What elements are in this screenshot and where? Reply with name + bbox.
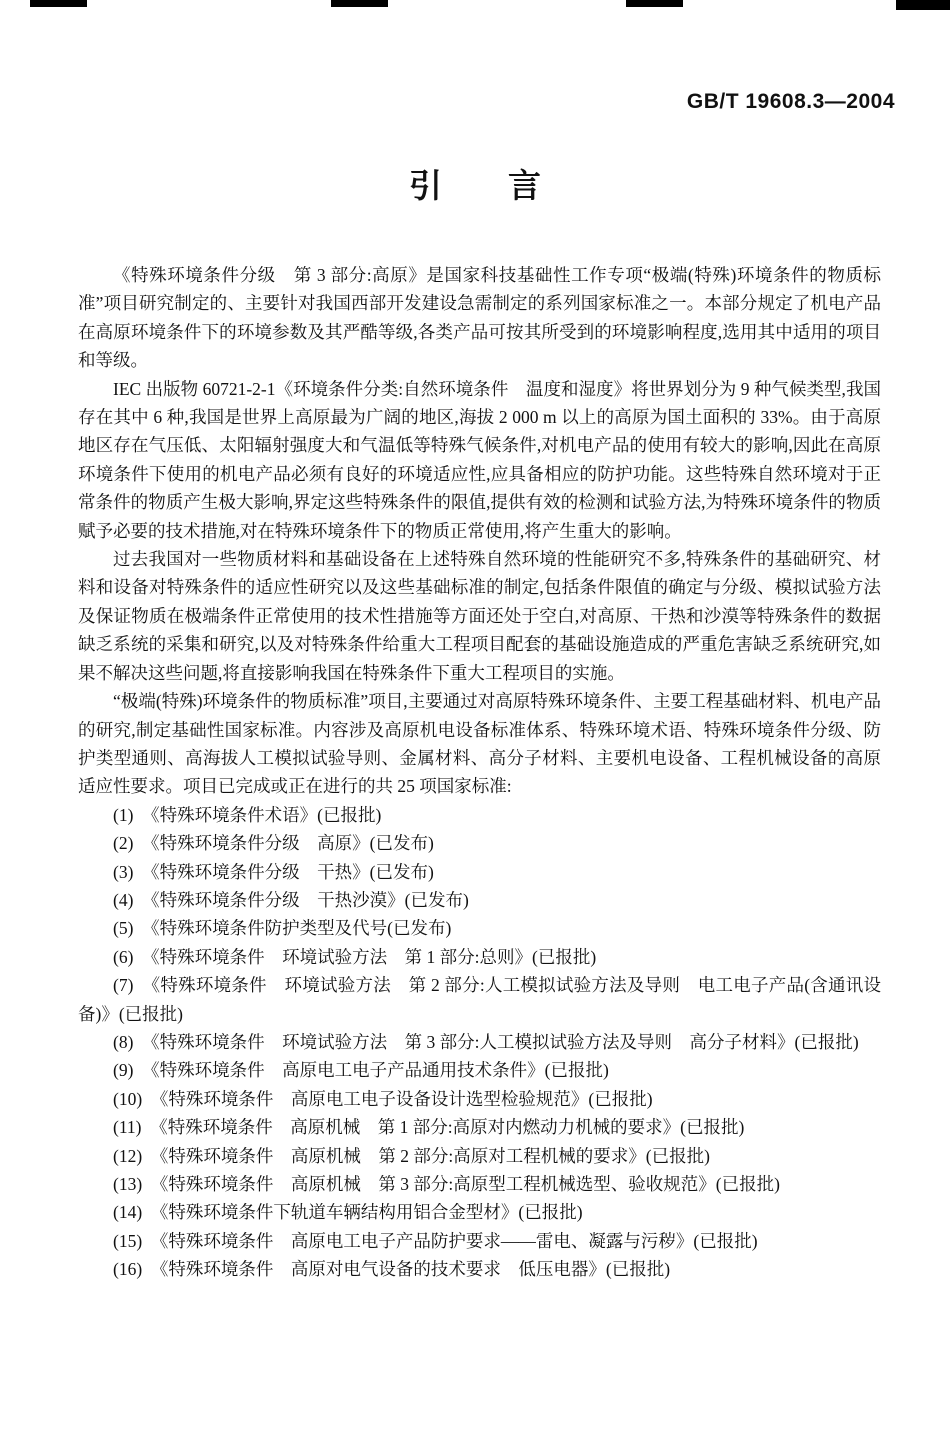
standard-list-item: (8) 《特殊环境条件 环境试验方法 第 3 部分:人工模拟试验方法及导则 高分… [78, 1028, 881, 1056]
standard-list-item: (12) 《特殊环境条件 高原机械 第 2 部分:高原对工程机械的要求》(已报批… [78, 1142, 881, 1170]
paragraph-project-scope: “极端(特殊)环境条件的物质标准”项目,主要通过对高原特殊环境条件、主要工程基础… [78, 687, 881, 801]
scan-artifact-mark [896, 0, 950, 10]
paragraph-iec-climate: IEC 出版物 60721-2-1《环境条件分类:自然环境条件 温度和湿度》将世… [78, 375, 881, 545]
paragraph-intro: 《特殊环境条件分级 第 3 部分:高原》是国家科技基础性工作专项“极端(特殊)环… [78, 261, 881, 375]
standard-list-item: (9) 《特殊环境条件 高原电工电子产品通用技术条件》(已报批) [78, 1056, 881, 1084]
standard-list-item: (16) 《特殊环境条件 高原对电气设备的技术要求 低压电器》(已报批) [78, 1255, 881, 1283]
standard-list-item: (10) 《特殊环境条件 高原电工电子设备设计选型检验规范》(已报批) [78, 1085, 881, 1113]
standard-list-item: (15) 《特殊环境条件 高原电工电子产品防护要求——雷电、凝露与污秽》(已报批… [78, 1227, 881, 1255]
standard-list-item: (14) 《特殊环境条件下轨道车辆结构用铝合金型材》(已报批) [78, 1198, 881, 1226]
standard-list-item: (3) 《特殊环境条件分级 干热》(已发布) [78, 858, 881, 886]
standard-list-item: (7) 《特殊环境条件 环境试验方法 第 2 部分:人工模拟试验方法及导则 电工… [78, 971, 881, 1028]
standard-list-item: (11) 《特殊环境条件 高原机械 第 1 部分:高原对内燃动力机械的要求》(已… [78, 1113, 881, 1141]
standard-list-item: (5) 《特殊环境条件防护类型及代号(已发布) [78, 914, 881, 942]
scan-artifact-mark [30, 0, 87, 7]
scan-artifact-mark [331, 0, 388, 7]
standard-list-item: (2) 《特殊环境条件分级 高原》(已发布) [78, 829, 881, 857]
standard-list-item: (13) 《特殊环境条件 高原机械 第 3 部分:高原型工程机械选型、验收规范》… [78, 1170, 881, 1198]
standard-list-item: (6) 《特殊环境条件 环境试验方法 第 1 部分:总则》(已报批) [78, 943, 881, 971]
standard-list-item: (1) 《特殊环境条件术语》(已报批) [78, 801, 881, 829]
document-page: GB/T 19608.3—2004 引 言 《特殊环境条件分级 第 3 部分:高… [0, 0, 950, 1454]
page-title: 引 言 [0, 160, 950, 207]
standard-list-item: (4) 《特殊环境条件分级 干热沙漠》(已发布) [78, 886, 881, 914]
paragraph-research-gap: 过去我国对一些物质材料和基础设备在上述特殊自然环境的性能研究不多,特殊条件的基础… [78, 545, 881, 687]
document-body: 《特殊环境条件分级 第 3 部分:高原》是国家科技基础性工作专项“极端(特殊)环… [78, 261, 881, 1284]
standard-number: GB/T 19608.3—2004 [687, 90, 895, 114]
scan-artifact-mark [626, 0, 683, 7]
